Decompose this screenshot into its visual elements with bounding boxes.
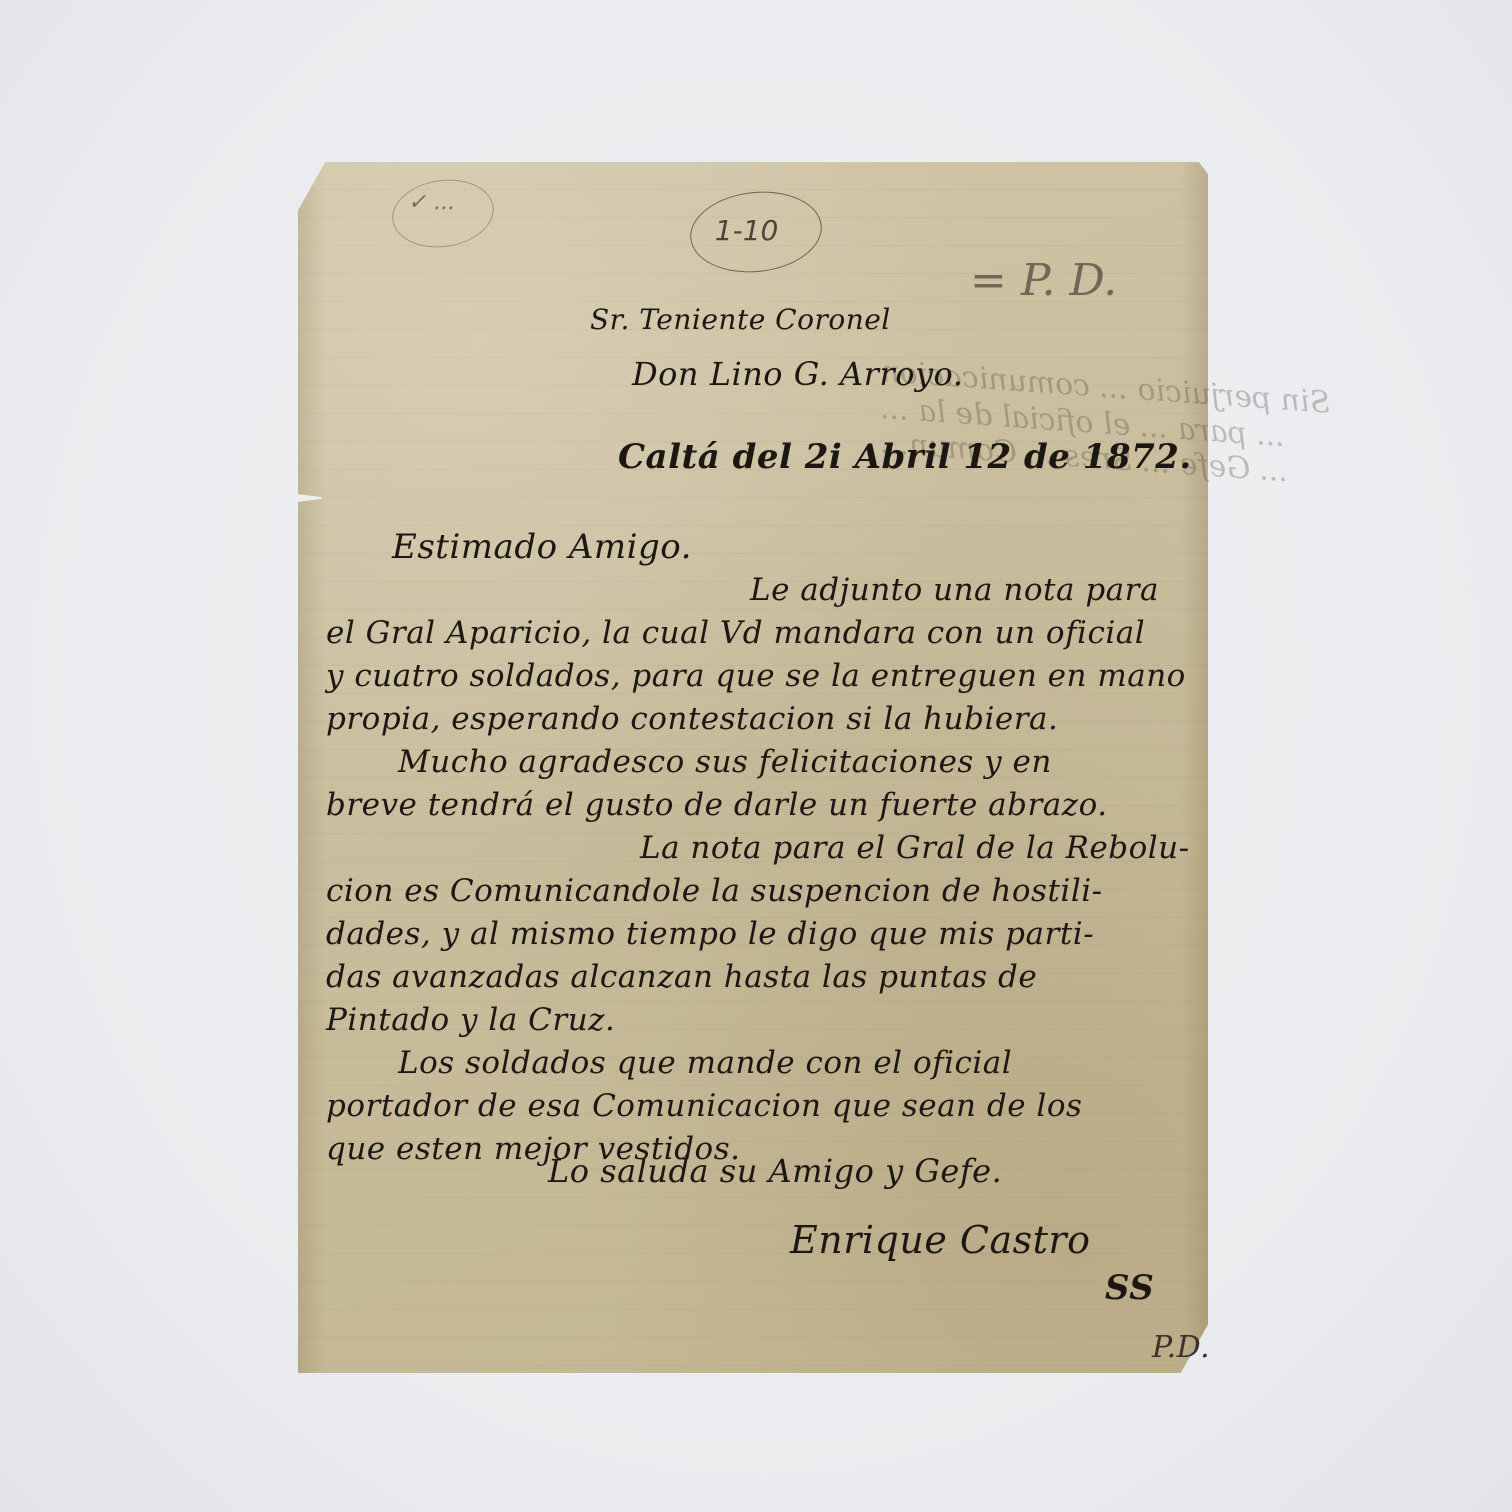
body-line: das avanzadas alcanzan hasta las puntas … (326, 959, 1037, 995)
body-line: y cuatro soldados, para que se la entreg… (326, 658, 1186, 694)
pencil-annotation-top-right: = P. D. (970, 255, 1117, 306)
recipient-name: Don Lino G. Arroyo. (632, 355, 963, 393)
recipient-title: Sr. Teniente Coronel (590, 303, 891, 336)
archive-number: 1-10 (715, 214, 779, 247)
body-line: La nota para el Gral de la Rebolu- (640, 830, 1190, 866)
body-line: Pintado y la Cruz. (326, 1002, 615, 1038)
corner-pencil-mark: ✓ ... (408, 190, 454, 215)
salutation: Estimado Amigo. (392, 527, 692, 567)
place-date: Caltá del 2i Abril 12 de 1872. (618, 437, 1192, 477)
body-line: Le adjunto una nota para (750, 572, 1159, 608)
signature: Enrique Castro (790, 1218, 1090, 1262)
postscript-mark: P.D. (1152, 1330, 1210, 1365)
body-line: dades, y al mismo tiempo le digo que mis… (326, 916, 1094, 952)
signature-flourish: SS (1105, 1268, 1154, 1308)
body-line: Mucho agradesco sus felicitaciones y en (398, 744, 1052, 780)
body-line: cion es Comunicandole la suspencion de h… (326, 873, 1103, 909)
body-line: el Gral Aparicio, la cual Vd mandara con… (326, 615, 1145, 651)
body-line: propia, esperando contestacion si la hub… (326, 701, 1058, 737)
body-line: breve tendrá el gusto de darle un fuerte… (326, 787, 1108, 823)
closing: Lo saluda su Amigo y Gefe. (548, 1152, 1002, 1190)
body-line: portador de esa Comunicacion que sean de… (326, 1088, 1082, 1124)
body-line: Los soldados que mande con el oficial (398, 1045, 1012, 1081)
